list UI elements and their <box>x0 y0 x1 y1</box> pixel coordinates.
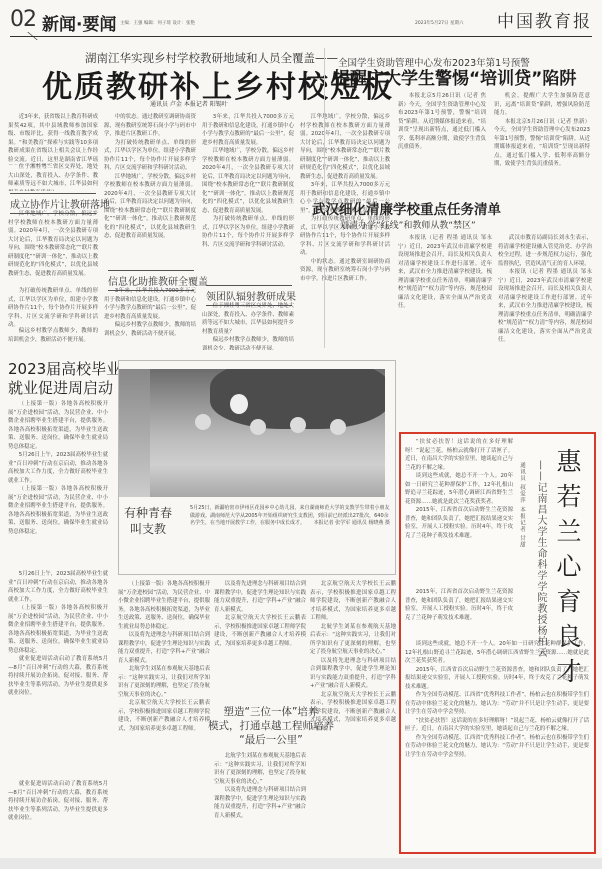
paragraph: 北京航空航天大学校长王云鹏表示，学校积极推进国家卓越工程师学院建设，不断创新产教… <box>214 614 306 648</box>
teacher-figure <box>230 394 248 414</box>
paragraph: 江华地域广，学校分散，偏远乡村学校教师在校本教研方面力量薄弱。2020年4月，一… <box>202 147 294 215</box>
right-headline: 提醒广大学生警惕“培训贷”陷阱 <box>333 64 576 89</box>
paragraph: 位于湘桂粤三省区交界处，地处大山深处，教育投入、办学条件、教师素质等远不如大城市… <box>202 302 294 336</box>
issue-date: 2023年5月27日 星期六 <box>415 20 463 26</box>
paragraph: 北航学生刘某在参观航天基地后表示：“这种实践实习，让我们对所学知识有了更深刻的理… <box>310 623 396 657</box>
feature-byline: 通讯员 叔爱萍 本报记者 甘甜 <box>518 462 526 548</box>
paragraph: 武汉市教育局副局长刘永生表示，将清廉学校建设融入管党治党、办学治校全过程，进一步… <box>498 234 592 268</box>
paragraph: 为打破传统教研单点、单线的形式，江华以学区为单位，组建小学教研协作片11个，每个… <box>8 287 98 327</box>
paragraph: 作为全国劳动模范、江西省“优秀科技工作者”，杨柏云也在积极带学生们在劳动中体验兰… <box>405 734 589 760</box>
paragraph: 本报北京5月26日讯（记者 焦新）今天，全国学生资助管理中心发布2023年第1号… <box>494 118 590 169</box>
paragraph: 北京航空航天大学校长王云鹏表示，学校积极推进国家卓越工程师学院建设，不断创新产教… <box>310 580 396 623</box>
aviation-col3: 北京航空航天大学校长王云鹏表示，学校积极推进国家卓越工程师学院建设，不断创新产教… <box>310 580 396 850</box>
paragraph: 就业促进周活动启动了教育系统5月—8月“百日冲刺”行动的大幕，教育系统将持续开展… <box>8 655 108 698</box>
lead-col4-body: 江华地域广，学校分散，偏远乡村学校教师在校本教研方面力量薄弱。2020年4月，一… <box>300 113 390 349</box>
paragraph: 谈到这些成就，她总不开一个人。20年如一日研究兰花种群保护工作，12年扎根山野追… <box>405 472 513 506</box>
children-playing-photo <box>150 369 385 497</box>
child-figure <box>330 419 346 435</box>
photo-edge <box>119 369 150 497</box>
photo-caption: 5月25日，新疆哈密市伊州区花园乡中心幼儿园，来自湖南师范大学的支教学生带着小朋… <box>190 505 390 528</box>
editor-credits: 主编：王强 编辑：何子琦 设计：张艳 <box>120 20 195 26</box>
lead-col1-intro: 近3年来，获省级以上教育科研成果奖42项，其中县域教师参加国家级、市级评比，获得… <box>8 113 98 165</box>
paragraph: 2015年，江西省首次启动野生兰花资源普查，她和团队负责了，她把汇报结果递交实验… <box>405 666 589 692</box>
page-number: 02 <box>10 7 36 32</box>
feature-col1: “扶贫必扶智！这话说的在多好理解呀！”说起兰花，杨柏云就像打开了话匣子。近日，在… <box>405 438 513 588</box>
paragraph: （上接第一版）各地各高校积极开展“万企进校园”活动，为民营企业、中小微企业招聘毕… <box>8 400 108 451</box>
lead-col3-body2: 位于湘桂粤三省区交界处，地处大山深处，教育投入、办学条件、教师素质等远不如大城市… <box>202 302 294 350</box>
paragraph: 近3年来，获省级以上教育科研成果奖42项，其中县域教师参加国家级、市级评比，获得… <box>8 113 98 165</box>
lead-col2-body2: 3年来，江华共投入7000多万元用于教研和信息化建设，打通乡镇中心小学与教学点教… <box>104 287 196 349</box>
photo-feature-title: 有种青春 叫支教 <box>124 505 172 537</box>
employment-col3: 就业促进周活动启动了教育系统5月—8月“百日冲刺”行动的大幕，教育系统将持续开展… <box>8 780 108 850</box>
paragraph: 3年来，江华共投入7000多万元用于教研和信息化建设，打通乡镇中心小学与教学点教… <box>104 287 196 321</box>
wuhan-headline: 武汉细化清廉学校重点任务清单 <box>312 198 501 218</box>
lead-col1-body2: 为打破传统教研单点、单线的形式，江华以学区为单位，组建小学教研协作片11个，每个… <box>8 287 98 327</box>
paragraph: 以及将先进理念与科研项目结合到课程教学中，促进学生理论知识与实践能力双重提升，打… <box>310 657 396 691</box>
right-col2: 机会，提醒广大学生加强防范意识，远离“培训贷”陷阱，增强风险防范能力。本报北京5… <box>494 92 590 192</box>
paragraph: 江华地域广，学校分散，偏远乡村学校教师在校本教研方面力量薄弱。2020年4月，一… <box>300 113 390 181</box>
lead-col2-body: 中的状态。通过教研室调研协商资源，现有教研室统筹石岗小学与码市中学，推进片区教研… <box>104 113 196 253</box>
paragraph: 位于湘桂粤三省区交界处，地处大山深处，教育投入、办学条件、教师素质等远不如大城市… <box>8 163 98 191</box>
paragraph: 以及将先进理念与科研项目结合到课程教学中，促进学生理论知识与实践能力双重提升，打… <box>214 786 306 820</box>
paragraph: 北航学生刘某在参观航天基地后表示：“这种实践实习，让我们对所学知识有了更深刻的理… <box>214 752 306 786</box>
lead-byline: 通讯员 卢金 本报记者 阳锡叶 <box>150 99 228 108</box>
paragraph: （上接第一版）各地各高校积极开展“万企进校园”活动，为民营企业、中小微企业招聘毕… <box>8 485 108 536</box>
employment-headline: 2023届高校毕业生 就业促进周启动 <box>8 360 136 398</box>
paragraph: “扶贫必扶智！这话说的在多好理解呀！”说起兰花，杨柏云就像打开了话匣子。近日，在… <box>405 438 513 472</box>
paragraph: 江华地域广，学校分散，偏远乡村学校教师在校本教研方面力量薄弱。2020年4月，一… <box>104 173 196 241</box>
photo-credit: 本报记者 张学军 通讯员 杨晓燕 摄 <box>314 520 390 528</box>
paragraph: 以及将先进理念与科研项目结合到课程教学中，促进学生理论知识与实践能力双重提升，打… <box>214 580 306 614</box>
paragraph: 偏远乡村教学点教师少，教师的培训机会少，教研活动不便开展。 <box>8 327 98 344</box>
employment-col1: （上接第一版）各地各高校积极开展“万企进校园”活动，为民营企业、中小微企业招聘毕… <box>8 400 108 570</box>
paragraph: 北京航空航天大学校长王云鹏表示，学校积极推进国家卓越工程师学院建设，不断创新产教… <box>310 691 396 734</box>
paragraph: 本报讯（记者 程墨 通讯员 邹永宁）近日，2023年武汉市清廉学校建设现场推进会… <box>498 268 592 345</box>
paragraph: 谈到这些成就，她总不开一个人。20年如一日研究兰花种群保护工作，12年扎根山野追… <box>405 640 589 666</box>
paragraph: 2015年，江西省首次启动野生兰花资源普查，她和团队负责了，她把汇报结果递交实验… <box>405 506 513 540</box>
paragraph: 中的状态。通过教研室调研协商资源，现有教研室统筹石岗小学与码市中学，推进片区教研… <box>104 113 196 139</box>
lead-col1-question: 位于湘桂粤三省区交界处，地处大山深处，教育投入、办学条件、教师素质等远不如大城市… <box>8 163 98 191</box>
paragraph: 偏远乡村教学点教师少，教师的培训机会少，教研活动不便开展。 <box>104 321 196 338</box>
paragraph: 北航学生刘某在参观航天基地后表示：“这种实践实习，让我们对所学知识有了更深刻的理… <box>118 665 210 699</box>
right-col1: 本报北京5月26日讯（记者 焦新）今天，全国学生资助管理中心发布2023年第1号… <box>398 92 486 192</box>
paragraph: 机会，提醒广大学生加强防范意识，远离“培训贷”陷阱，增强风险防范能力。 <box>494 92 590 118</box>
lead-col3-body: 3年来，江华共投入7000多万元用于教研和信息化建设，打通乡镇中心小学与教学点教… <box>202 113 294 283</box>
child-figure <box>195 414 211 430</box>
child-figure <box>290 417 306 433</box>
newspaper-page: 02 新闻·要闻 主编：王强 编辑：何子琦 设计：张艳 2023年5月27日 星… <box>0 0 602 858</box>
paragraph: “扶贫必扶智！这话说的在多好理解呀！”说起兰花，杨柏云就像打开了话匣子。近日，在… <box>405 717 589 734</box>
section-title: 新闻·要闻 <box>42 10 116 35</box>
aviation-col2: 以及将先进理念与科研项目结合到课程教学中，促进学生理论知识与实践能力双重提升，打… <box>214 580 306 700</box>
wuhan-subtitle: 划清办学“红线”和教师从教“禁区” <box>340 218 476 231</box>
paragraph: 偏远乡村教学点教师少，教师的培训机会少，教研活动不便开展。 <box>202 336 294 350</box>
paragraph: 以及将先进理念与科研项目结合到课程教学中，促进学生理论知识与实践能力双重提升，打… <box>118 631 210 665</box>
paper-logo: 中国教育报 <box>497 7 592 32</box>
paragraph: 2015年，江西省首次启动野生兰花资源普查，她和团队负责了，她把汇报结果递交实验… <box>405 588 513 622</box>
paragraph: 北京航空航天大学校长王云鹏表示，学校积极推进国家卓越工程师学院建设，不断创新产教… <box>118 699 210 733</box>
paragraph: 中的状态。通过教研室调研协商资源，现有教研室统筹石岗小学与码市中学，推进片区教研… <box>300 258 390 284</box>
feature-subtitle: ——记南昌大学生命科学学院教授杨柏云 <box>533 460 548 658</box>
aviation-col2b: 北航学生刘某在参观航天基地后表示：“这种实践实习，让我们对所学知识有了更深刻的理… <box>214 752 306 852</box>
paragraph: 作为全国劳动模范、江西省“优秀科技工作者”，杨柏云也在积极带学生们在劳动中体验兰… <box>405 691 589 717</box>
paragraph: 本报讯（记者 程墨 通讯员 邹永宁）近日，2023年武汉市清廉学校建设现场推进会… <box>398 234 492 311</box>
wuhan-col1: 本报讯（记者 程墨 通讯员 邹永宁）近日，2023年武汉市清廉学校建设现场推进会… <box>398 234 492 354</box>
paragraph: 3年来，江华共投入7000多万元用于教研和信息化建设，打通乡镇中心小学与教学点教… <box>202 113 294 147</box>
paragraph: （上接第一版）各地各高校积极开展“万企进校园”活动，为民营企业、中小微企业招聘毕… <box>8 604 108 655</box>
paragraph: （上接第一版）各地各高校积极开展“万企进校园”活动，为民营企业、中小微企业招聘毕… <box>118 580 210 631</box>
child-figure <box>250 419 266 435</box>
paragraph: 本报北京5月26日讯（记者 焦新）今天，全国学生资助管理中心发布2023年第1号… <box>398 92 486 152</box>
paragraph: 江华地域广，学校分散，偏远乡村学校教师在校本教研方面力量薄弱。2020年4月，一… <box>8 210 98 278</box>
paragraph: 5月26日上午，2023届高校毕业生就业“百日冲刺”行动在京启动，推动各地各高校… <box>8 570 108 604</box>
lead-col1-body3: 偏远乡村教学点教师少，教师的培训机会少，教研活动不便开展。 <box>8 327 98 349</box>
paragraph: 5月26日上午，2023届高校毕业生就业“百日冲刺”行动在京启动，推动各地各高校… <box>8 451 108 485</box>
feature-body-wide: 谈到这些成就，她总不开一个人。20年如一日研究兰花种群保护工作，12年扎根山野追… <box>405 640 589 850</box>
masthead: 02 新闻·要闻 主编：王强 编辑：何子琦 设计：张艳 2023年5月27日 星… <box>10 5 592 37</box>
paragraph: 为打破传统教研单点、单线的形式，江华以学区为单位，组建小学教研协作片11个，每个… <box>104 139 196 173</box>
paragraph: 就业促进周活动启动了教育系统5月—8月“百日冲刺”行动的大幕，教育系统将持续开展… <box>8 780 108 823</box>
lead-col1-body: 江华地域广，学校分散，偏远乡村学校教师在校本教研方面力量薄弱。2020年4月，一… <box>8 210 98 288</box>
employment-col2: 5月26日上午，2023届高校毕业生就业“百日冲刺”行动在京启动，推动各地各高校… <box>8 570 108 780</box>
wuhan-col2: 武汉市教育局副局长刘永生表示，将清廉学校建设融入管党治党、办学治校全过程，进一步… <box>498 234 592 354</box>
paragraph: 为打破传统教研单点、单线的形式，江华以学区为单位，组建小学教研协作片11个，每个… <box>202 215 294 249</box>
aviation-col1: （上接第一版）各地各高校积极开展“万企进校园”活动，为民营企业、中小微企业招聘毕… <box>118 580 210 850</box>
feature-col1b: 2015年，江西省首次启动野生兰花资源普查，她和团队负责了，她把汇报结果递交实验… <box>405 588 513 636</box>
